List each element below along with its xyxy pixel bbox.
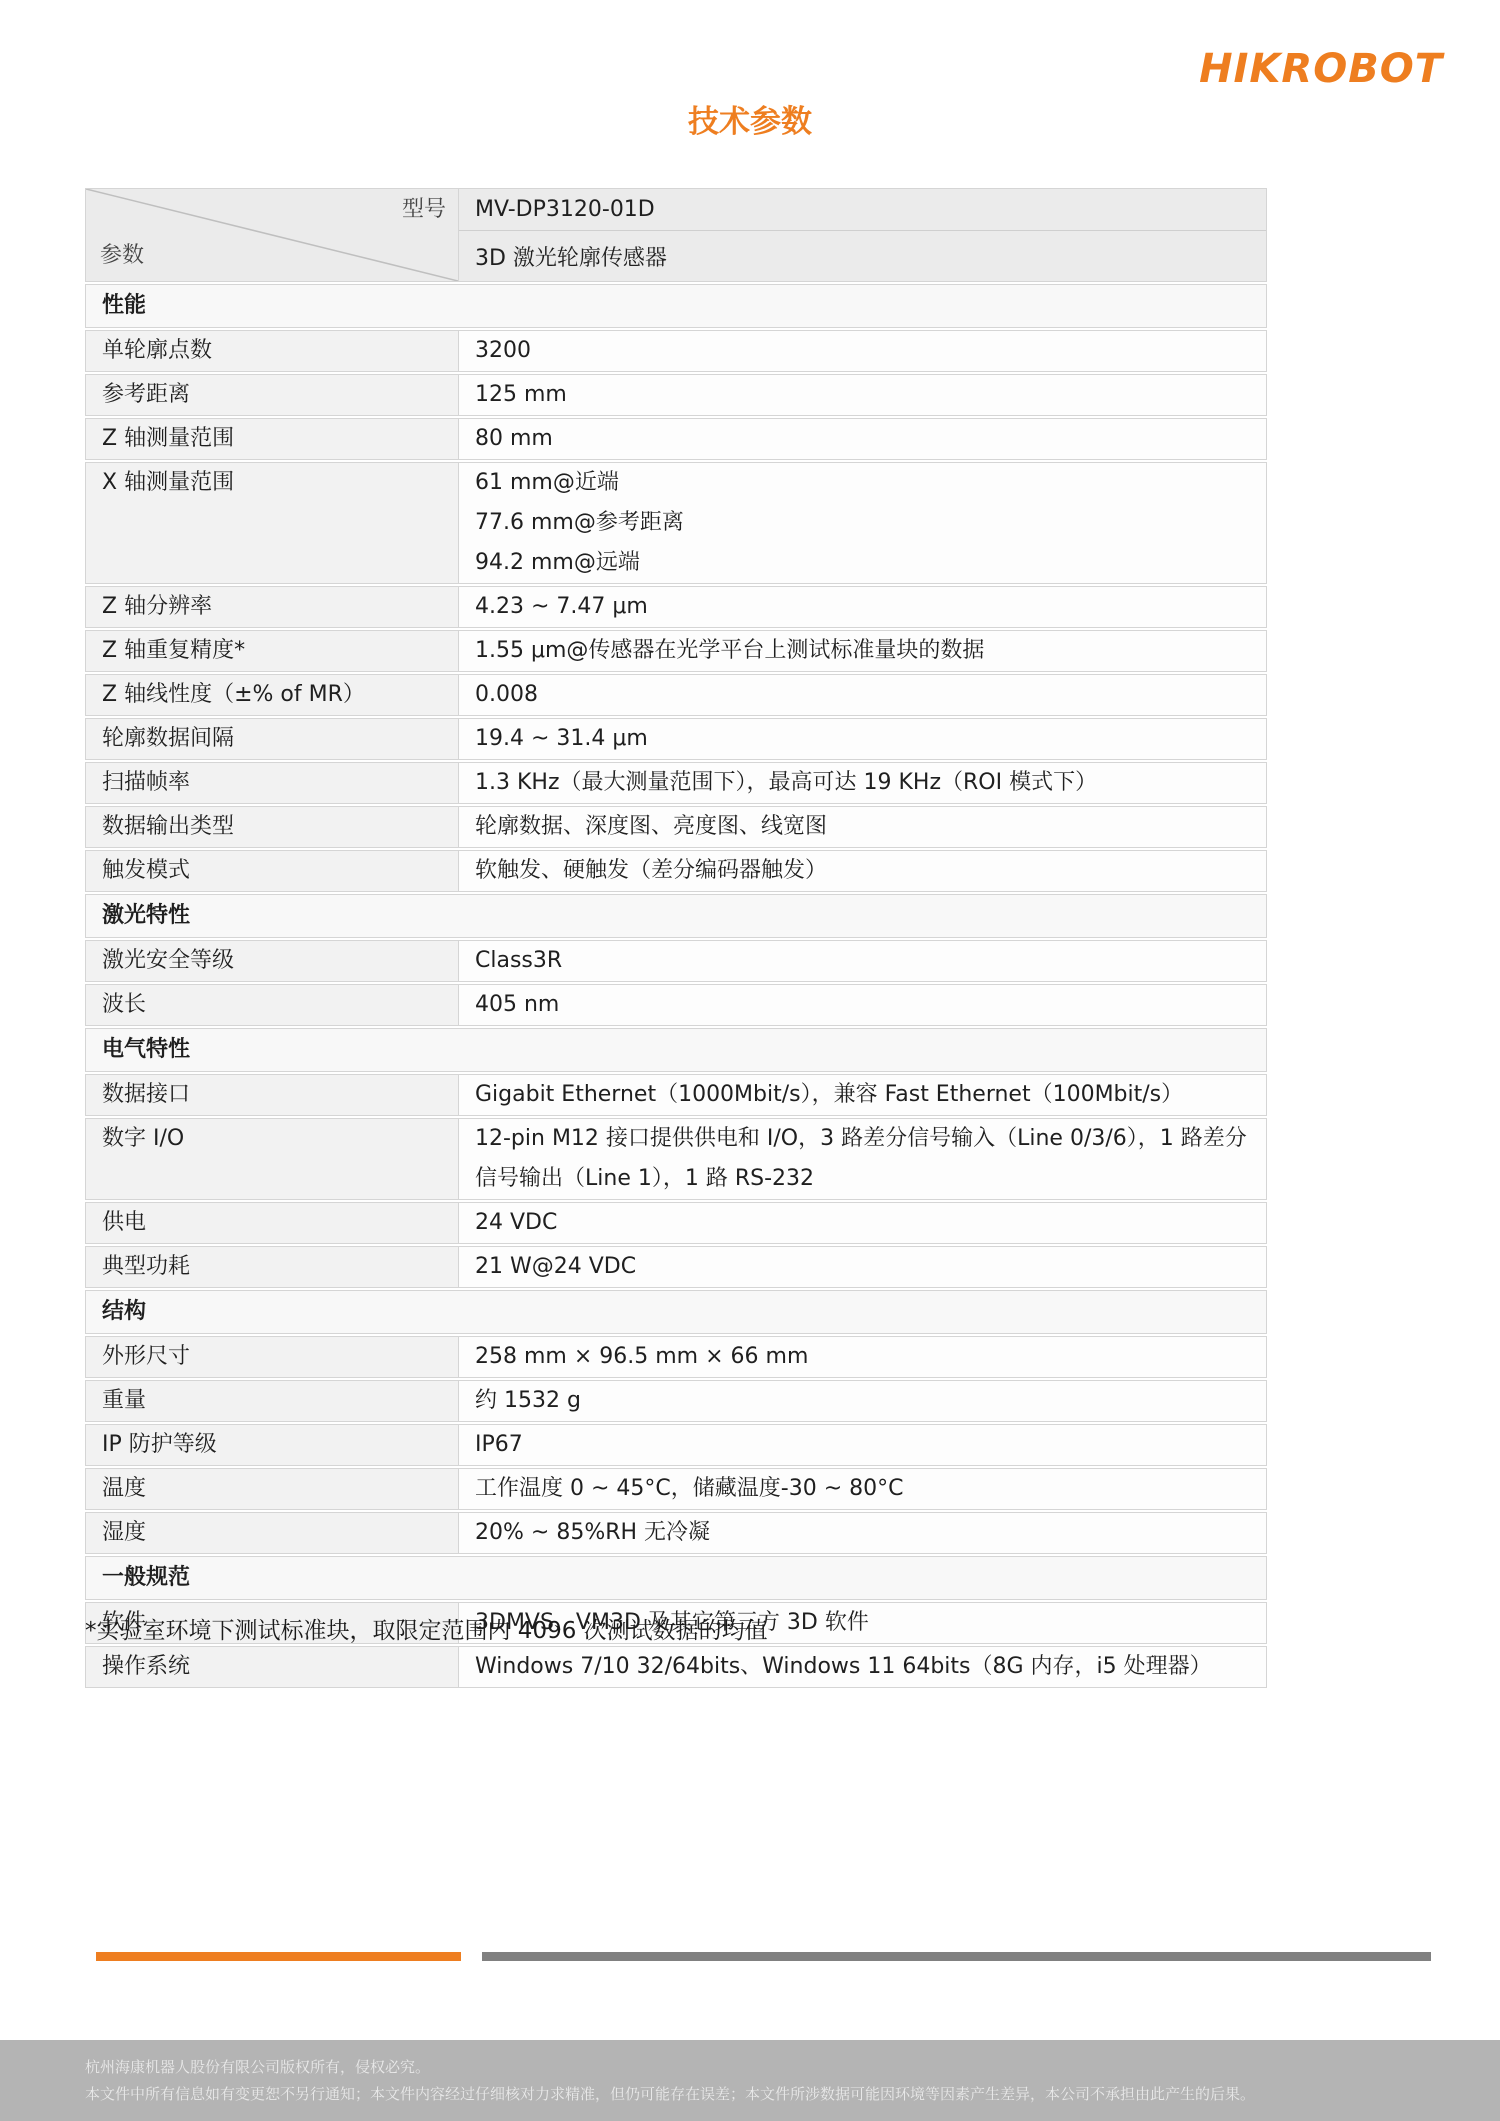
row-value: 258 mm × 96.5 mm × 66 mm xyxy=(459,1337,1266,1377)
row-value: 24 VDC xyxy=(459,1203,1266,1243)
section-header: 一般规范 xyxy=(85,1556,1267,1600)
row-label: 重量 xyxy=(86,1381,459,1421)
table-row: 激光安全等级Class3R xyxy=(85,940,1267,982)
row-label: 数据接口 xyxy=(86,1075,459,1115)
row-value: Class3R xyxy=(459,941,1266,981)
section-header: 电气特性 xyxy=(85,1028,1267,1072)
row-label: 触发模式 xyxy=(86,851,459,891)
page-title: 技术参数 xyxy=(0,96,1500,141)
row-value: 1.55 μm@传感器在光学平台上测试标准量块的数据 xyxy=(459,631,1266,671)
row-value: 0.008 xyxy=(459,675,1266,715)
row-label: Z 轴重复精度* xyxy=(86,631,459,671)
table-row: Z 轴线性度（±% of MR）0.008 xyxy=(85,674,1267,716)
row-value: 20% ~ 85%RH 无冷凝 xyxy=(459,1513,1266,1553)
row-value: 61 mm@近端 77.6 mm@参考距离 94.2 mm@远端 xyxy=(459,463,1266,583)
gray-divider-bar xyxy=(482,1952,1431,1961)
hikrobot-logo: HIKROBOT xyxy=(1199,46,1443,92)
row-value: 12-pin M12 接口提供供电和 I/O，3 路差分信号输入（Line 0/… xyxy=(459,1119,1266,1199)
row-value: 80 mm xyxy=(459,419,1266,459)
footnote: *实验室环境下测试标准块，取限定范围内 4096 次测试数据的均值 xyxy=(85,1612,768,1645)
row-label: 数据输出类型 xyxy=(86,807,459,847)
row-value: 405 nm xyxy=(459,985,1266,1025)
row-value: IP67 xyxy=(459,1425,1266,1465)
footer-copyright: 杭州海康机器人股份有限公司版权所有，侵权必究。 xyxy=(85,2054,1440,2081)
row-label: 扫描帧率 xyxy=(86,763,459,803)
row-value: 工作温度 0 ~ 45°C，储藏温度-30 ~ 80°C xyxy=(459,1469,1266,1509)
row-label: 波长 xyxy=(86,985,459,1025)
table-header-row: 型号 参数 MV-DP3120-01D 3D 激光轮廓传感器 xyxy=(85,188,1267,282)
row-value: 约 1532 g xyxy=(459,1381,1266,1421)
row-label: 外形尺寸 xyxy=(86,1337,459,1377)
row-value: 125 mm xyxy=(459,375,1266,415)
table-row: 轮廓数据间隔19.4 ~ 31.4 μm xyxy=(85,718,1267,760)
table-row: Z 轴重复精度*1.55 μm@传感器在光学平台上测试标准量块的数据 xyxy=(85,630,1267,672)
row-label: Z 轴分辨率 xyxy=(86,587,459,627)
row-label: IP 防护等级 xyxy=(86,1425,459,1465)
table-row: 触发模式软触发、硬触发（差分编码器触发） xyxy=(85,850,1267,892)
table-body: 性能单轮廓点数3200参考距离125 mmZ 轴测量范围80 mmX 轴测量范围… xyxy=(85,284,1267,1688)
table-row: IP 防护等级IP67 xyxy=(85,1424,1267,1466)
table-row: 数据接口Gigabit Ethernet（1000Mbit/s），兼容 Fast… xyxy=(85,1074,1267,1116)
header-right-column: MV-DP3120-01D 3D 激光轮廓传感器 xyxy=(459,189,1266,281)
row-value: 软触发、硬触发（差分编码器触发） xyxy=(459,851,1266,891)
row-value: 3200 xyxy=(459,331,1266,371)
table-row: 湿度20% ~ 85%RH 无冷凝 xyxy=(85,1512,1267,1554)
table-row: 温度工作温度 0 ~ 45°C，储藏温度-30 ~ 80°C xyxy=(85,1468,1267,1510)
table-row: 典型功耗21 W@24 VDC xyxy=(85,1246,1267,1288)
row-value: 轮廓数据、深度图、亮度图、线宽图 xyxy=(459,807,1266,847)
row-label: 参考距离 xyxy=(86,375,459,415)
row-label: X 轴测量范围 xyxy=(86,463,459,583)
table-row: 扫描帧率1.3 KHz（最大测量范围下），最高可达 19 KHz（ROI 模式下… xyxy=(85,762,1267,804)
spec-table: 型号 参数 MV-DP3120-01D 3D 激光轮廓传感器 性能单轮廓点数32… xyxy=(85,188,1267,1690)
table-row: 波长405 nm xyxy=(85,984,1267,1026)
model-value: MV-DP3120-01D xyxy=(459,189,1266,230)
row-label: Z 轴测量范围 xyxy=(86,419,459,459)
param-label: 参数 xyxy=(100,241,144,271)
table-row: 供电24 VDC xyxy=(85,1202,1267,1244)
row-label: 轮廓数据间隔 xyxy=(86,719,459,759)
table-row: 外形尺寸258 mm × 96.5 mm × 66 mm xyxy=(85,1336,1267,1378)
table-row: 参考距离125 mm xyxy=(85,374,1267,416)
page: HIKROBOT 技术参数 型号 参数 MV-DP3120-01D 3D 激光轮… xyxy=(0,0,1500,2121)
table-row: X 轴测量范围61 mm@近端 77.6 mm@参考距离 94.2 mm@远端 xyxy=(85,462,1267,584)
row-label: Z 轴线性度（±% of MR） xyxy=(86,675,459,715)
footer: 杭州海康机器人股份有限公司版权所有，侵权必究。 本文件中所有信息如有变更恕不另行… xyxy=(0,2040,1500,2121)
table-row: Z 轴测量范围80 mm xyxy=(85,418,1267,460)
section-header: 性能 xyxy=(85,284,1267,328)
orange-divider-bar xyxy=(96,1952,461,1961)
row-label: 激光安全等级 xyxy=(86,941,459,981)
model-label: 型号 xyxy=(402,195,446,225)
table-row: 单轮廓点数3200 xyxy=(85,330,1267,372)
table-row: 数字 I/O12-pin M12 接口提供供电和 I/O，3 路差分信号输入（L… xyxy=(85,1118,1267,1200)
table-row: 重量约 1532 g xyxy=(85,1380,1267,1422)
row-value: 19.4 ~ 31.4 μm xyxy=(459,719,1266,759)
row-label: 温度 xyxy=(86,1469,459,1509)
row-value: 4.23 ~ 7.47 μm xyxy=(459,587,1266,627)
section-header: 激光特性 xyxy=(85,894,1267,938)
row-label: 供电 xyxy=(86,1203,459,1243)
row-label: 典型功耗 xyxy=(86,1247,459,1287)
row-label: 湿度 xyxy=(86,1513,459,1553)
table-row: Z 轴分辨率4.23 ~ 7.47 μm xyxy=(85,586,1267,628)
row-label: 单轮廓点数 xyxy=(86,331,459,371)
diagonal-header-cell: 型号 参数 xyxy=(86,189,459,281)
footer-disclaimer: 本文件中所有信息如有变更恕不另行通知；本文件内容经过仔细核对力求精准，但仍可能存… xyxy=(85,2081,1440,2108)
row-value: 1.3 KHz（最大测量范围下），最高可达 19 KHz（ROI 模式下） xyxy=(459,763,1266,803)
row-value: Windows 7/10 32/64bits、Windows 11 64bits… xyxy=(459,1647,1266,1687)
table-row: 操作系统Windows 7/10 32/64bits、Windows 11 64… xyxy=(85,1646,1267,1688)
section-header: 结构 xyxy=(85,1290,1267,1334)
row-label: 数字 I/O xyxy=(86,1119,459,1199)
row-label: 操作系统 xyxy=(86,1647,459,1687)
row-value: Gigabit Ethernet（1000Mbit/s），兼容 Fast Eth… xyxy=(459,1075,1266,1115)
table-row: 数据输出类型轮廓数据、深度图、亮度图、线宽图 xyxy=(85,806,1267,848)
model-description: 3D 激光轮廓传感器 xyxy=(459,230,1266,281)
row-value: 21 W@24 VDC xyxy=(459,1247,1266,1287)
